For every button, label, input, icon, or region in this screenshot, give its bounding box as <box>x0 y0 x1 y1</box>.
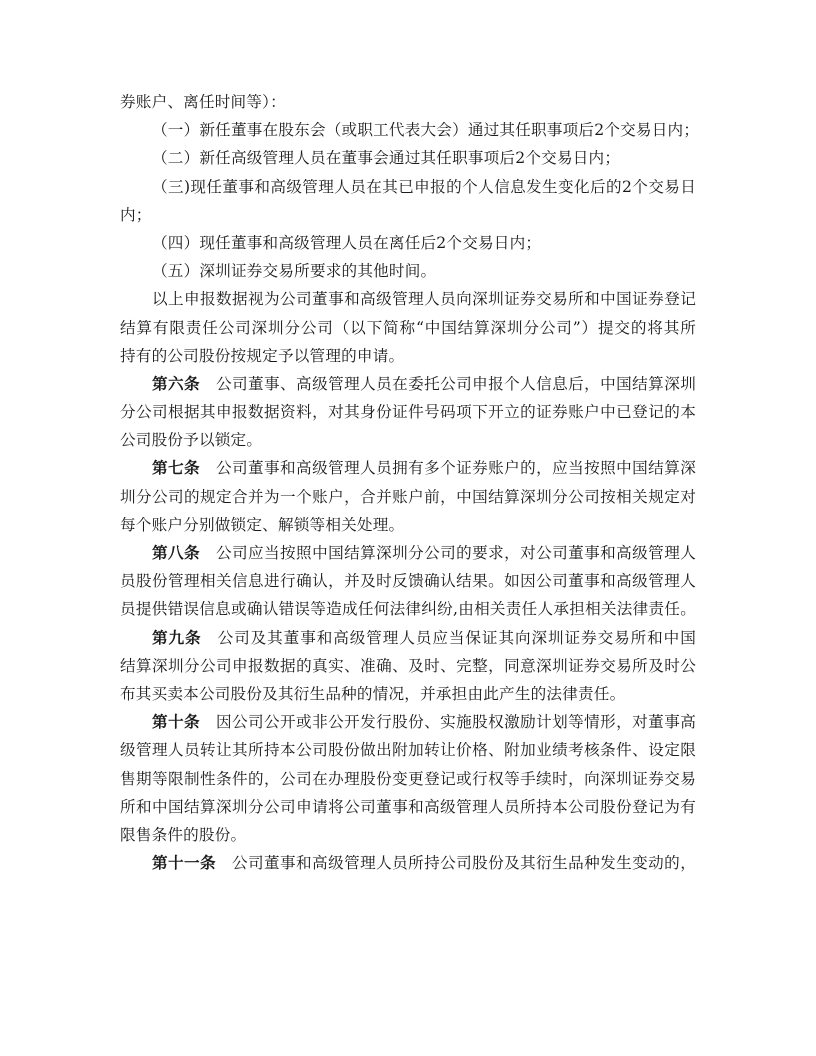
paragraph-line: 员股份管理相关信息进行确认，并及时反馈确认结果。如因公司董事和高级管理人 <box>120 567 696 595</box>
text-line: 内； <box>120 201 696 229</box>
document-page: 券账户、离任时间等）： （一）新任董事在股东会（或职工代表大会）通过其任职事项后… <box>120 88 696 877</box>
paragraph-line: 持有的公司股份按规定予以管理的申请。 <box>120 342 696 370</box>
article-heading: 第九条 <box>152 629 202 647</box>
article-text: 公司董事和高级管理人员拥有多个证券账户的，应当按照中国结算深 <box>216 459 696 477</box>
article-heading: 第七条 <box>152 459 200 477</box>
article-8-line: 第八条公司应当按照中国结算深圳分公司的要求，对公司董事和高级管理人 <box>120 539 696 567</box>
paragraph-line: 售期等限制性条件的，公司在办理股份变更登记或行权等手续时，向深圳证券交易 <box>120 765 696 793</box>
article-heading: 第六条 <box>152 375 200 393</box>
article-heading: 第八条 <box>152 544 200 562</box>
article-text: 公司及其董事和高级管理人员应当保证其向深圳证券交易所和中国 <box>218 629 696 647</box>
paragraph-line: 级管理人员转让其所持本公司股份做出附加转让价格、附加业绩考核条件、设定限 <box>120 736 696 764</box>
paragraph-line: 圳分公司的规定合并为一个账户，合并账户前，中国结算深圳分公司按相关规定对 <box>120 483 696 511</box>
text-line: 券账户、离任时间等）： <box>120 88 696 116</box>
article-heading: 第十一条 <box>152 854 216 872</box>
article-7-line: 第七条公司董事和高级管理人员拥有多个证券账户的，应当按照中国结算深 <box>120 454 696 482</box>
paragraph-line: 公司股份予以锁定。 <box>120 426 696 454</box>
article-heading: 第十条 <box>152 713 200 731</box>
paragraph-line: 员提供错误信息或确认错误等造成任何法律纠纷,由相关责任人承担相关法律责任。 <box>120 595 696 623</box>
article-9-line: 第九条公司及其董事和高级管理人员应当保证其向深圳证券交易所和中国 <box>120 624 696 652</box>
article-text: 因公司公开或非公开发行股份、实施股权激励计划等情形，对董事高 <box>216 713 696 731</box>
article-11-line: 第十一条公司董事和高级管理人员所持公司股份及其衍生品种发生变动的， <box>120 849 696 877</box>
list-item-2: （二）新任高级管理人员在董事会通过其任职事项后2个交易日内； <box>120 144 696 172</box>
article-10-line: 第十条因公司公开或非公开发行股份、实施股权激励计划等情形，对董事高 <box>120 708 696 736</box>
article-text: 公司董事、高级管理人员在委托公司申报个人信息后，中国结算深圳 <box>216 375 696 393</box>
article-text: 公司应当按照中国结算深圳分公司的要求，对公司董事和高级管理人 <box>216 544 696 562</box>
list-item-4: （四）现任董事和高级管理人员在离任后2个交易日内； <box>120 229 696 257</box>
article-6-line: 第六条公司董事、高级管理人员在委托公司申报个人信息后，中国结算深圳 <box>120 370 696 398</box>
paragraph-line: 分公司根据其申报数据资料，对其身份证件号码项下开立的证券账户中已登记的本 <box>120 398 696 426</box>
paragraph-line: 布其买卖本公司股份及其衍生品种的情况，并承担由此产生的法律责任。 <box>120 680 696 708</box>
list-item-5: （五）深圳证券交易所要求的其他时间。 <box>120 257 696 285</box>
article-text: 公司董事和高级管理人员所持公司股份及其衍生品种发生变动的， <box>232 854 696 872</box>
list-item-1: （一）新任董事在股东会（或职工代表大会）通过其任职事项后2个交易日内； <box>120 116 696 144</box>
list-item-3: （三)现任董事和高级管理人员在其已申报的个人信息发生变化后的2个交易日 <box>120 173 696 201</box>
paragraph-line: 每个账户分别做锁定、解锁等相关处理。 <box>120 511 696 539</box>
paragraph-line: 结算深圳分公司申报数据的真实、准确、及时、完整，同意深圳证券交易所及时公 <box>120 652 696 680</box>
paragraph-line: 所和中国结算深圳分公司申请将公司董事和高级管理人员所持本公司股份登记为有 <box>120 793 696 821</box>
paragraph-line: 以上申报数据视为公司董事和高级管理人员向深圳证券交易所和中国证券登记 <box>120 285 696 313</box>
paragraph-line: 结算有限责任公司深圳分公司（以下简称“中国结算深圳分公司”）提交的将其所 <box>120 314 696 342</box>
paragraph-line: 限售条件的股份。 <box>120 821 696 849</box>
